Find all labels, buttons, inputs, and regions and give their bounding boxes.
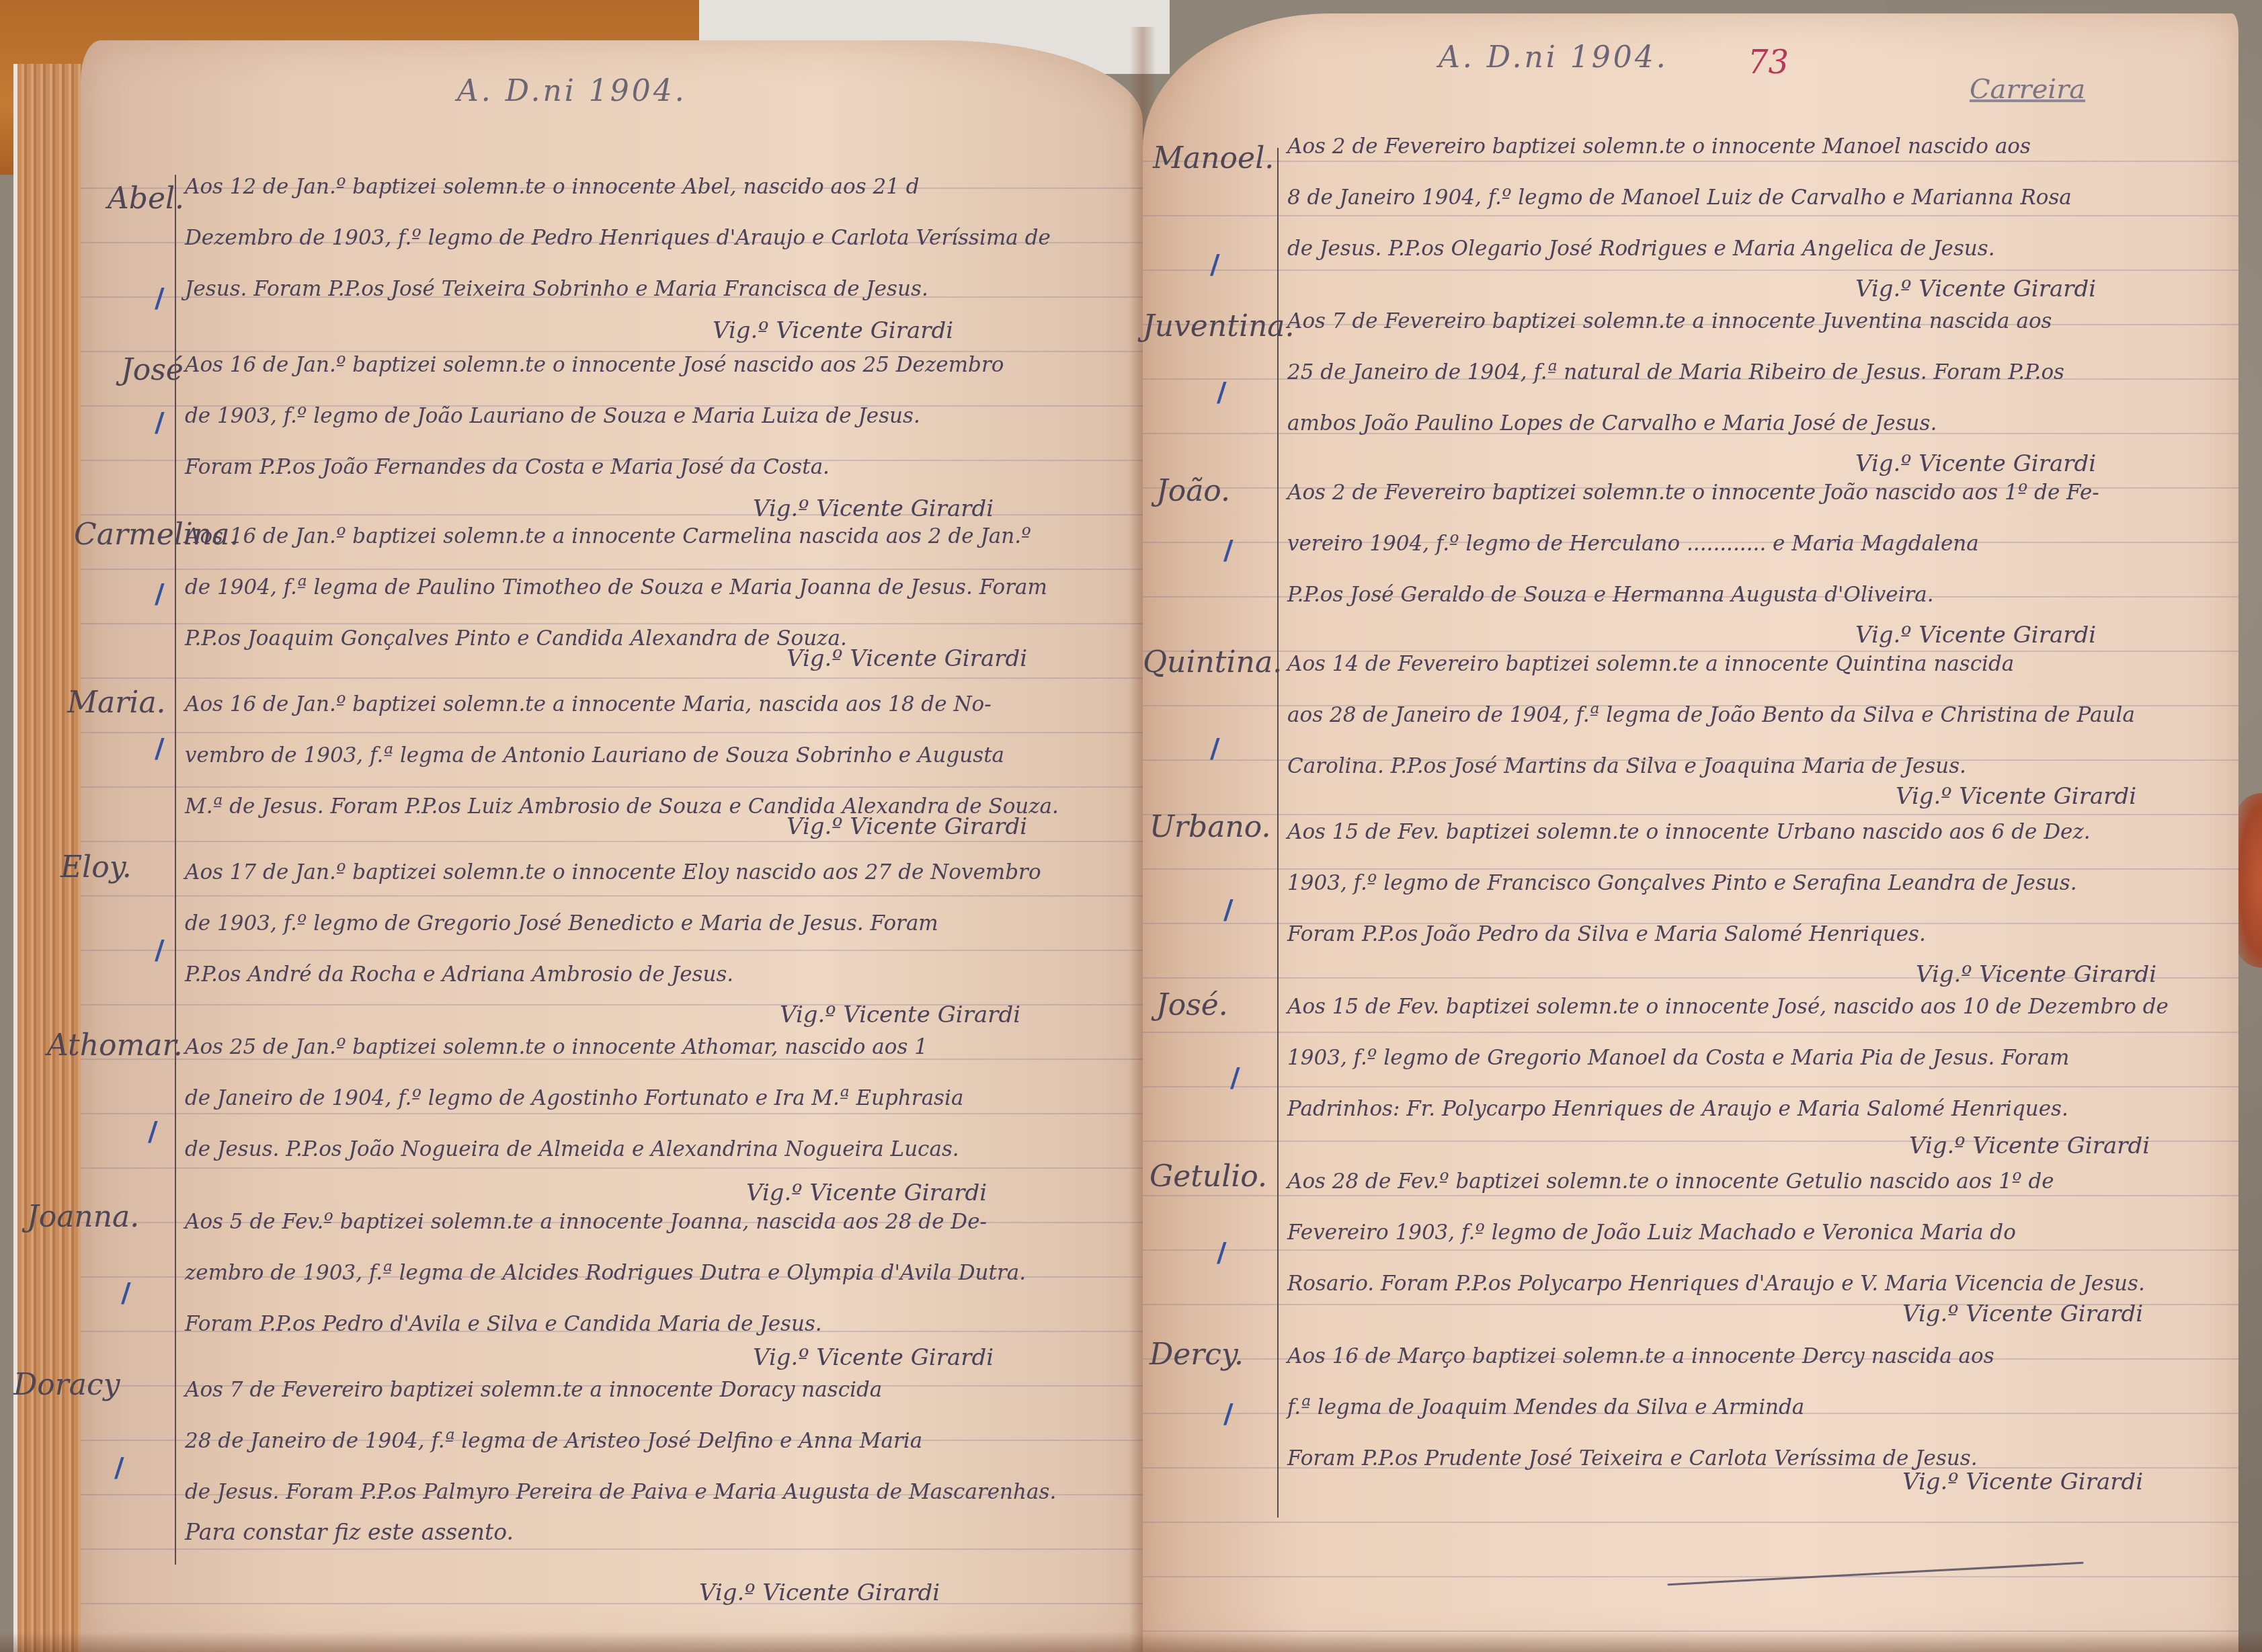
check-mark-icon: /	[121, 1277, 131, 1309]
signature: Vig.º Vicente Girardi	[786, 645, 1027, 672]
signature: Vig.º Vicente Girardi	[1896, 783, 2136, 810]
entry-name: Joanna.	[27, 1200, 139, 1234]
page-header-year: A. D.ni 1904.	[457, 74, 687, 108]
entry-name: José	[121, 353, 184, 387]
entry-text: Aos 2 de Fevereiro baptizei solemn.te o …	[1287, 467, 2228, 620]
entry-name: Maria.	[67, 686, 166, 720]
entry-text: Aos 7 de Fevereiro baptizei solemn.te a …	[185, 1364, 1139, 1518]
entry-text: Aos 7 de Fevereiro baptizei solemn.te a …	[1287, 296, 2228, 449]
check-mark-icon: /	[155, 407, 165, 438]
entry-text: Aos 16 de Jan.º baptizei solemn.te a inn…	[185, 511, 1139, 664]
entry-name: Athomar.	[47, 1028, 183, 1063]
check-mark-icon: /	[148, 1116, 158, 1147]
entry-text: Aos 16 de Jan.º baptizei solemn.te o inn…	[185, 339, 1139, 493]
entry-name: Abel.	[108, 181, 184, 216]
margin-rule	[1277, 148, 1279, 1518]
check-mark-icon: /	[1210, 249, 1220, 280]
check-mark-icon: /	[155, 934, 165, 966]
entry-name: José.	[1156, 988, 1228, 1022]
check-mark-icon: /	[155, 578, 165, 610]
entry-text: Aos 12 de Jan.º baptizei solemn.te o inn…	[185, 161, 1139, 315]
entry-text: Aos 5 de Fev.º baptizei solemn.te a inno…	[185, 1196, 1139, 1350]
entry-text: Aos 2 de Fevereiro baptizei solemn.te o …	[1287, 121, 2228, 274]
bottom-shadow	[0, 1632, 2262, 1652]
closing-signature: Vig.º Vicente Girardi	[699, 1579, 940, 1606]
check-mark-icon: /	[155, 733, 165, 764]
entry-text: Aos 25 de Jan.º baptizei solemn.te o inn…	[185, 1022, 1139, 1175]
entry-name: Eloy.	[60, 850, 132, 884]
entry-name: Urbano.	[1149, 810, 1271, 844]
entry-text: Aos 15 de Fev. baptizei solemn.te o inno…	[1287, 807, 2228, 960]
signature: Vig.º Vicente Girardi	[786, 813, 1027, 840]
right-page: A. D.ni 1904. 73 Carreira Manoel. / Aos …	[1143, 13, 2238, 1652]
page-header-year: A. D.ni 1904.	[1439, 40, 1668, 75]
hand-at-edge	[2235, 793, 2262, 968]
entry-name: Doracy	[13, 1368, 120, 1402]
entry-name: Manoel.	[1153, 141, 1274, 175]
entry-text: Aos 16 de Jan.º baptizei solemn.te a inn…	[185, 679, 1139, 832]
check-mark-icon: /	[1210, 733, 1220, 764]
entry-text: Aos 14 de Fevereiro baptizei solemn.te a…	[1287, 638, 2228, 792]
entry-text: Aos 15 de Fev. baptizei solemn.te o inno…	[1287, 981, 2228, 1134]
entry-text: Aos 17 de Jan.º baptizei solemn.te o inn…	[185, 847, 1139, 1000]
folio-number: 73	[1748, 44, 1789, 81]
check-mark-icon: /	[1223, 534, 1234, 566]
check-mark-icon: /	[1223, 894, 1234, 925]
check-mark-icon: /	[1217, 376, 1227, 408]
entry-text: Aos 16 de Março baptizei solemn.te a inn…	[1287, 1331, 2228, 1484]
signature: Vig.º Vicente Girardi	[1902, 1469, 2143, 1495]
check-mark-icon: /	[155, 282, 165, 314]
signature: Vig.º Vicente Girardi	[1902, 1300, 2143, 1327]
entry-name: Getulio.	[1149, 1159, 1267, 1194]
entry-name: Quintina.	[1143, 645, 1282, 679]
entry-text: Aos 28 de Fev.º baptizei solemn.te o inn…	[1287, 1156, 2228, 1309]
signature: Vig.º Vicente Girardi	[1909, 1132, 2150, 1159]
entry-name: João.	[1156, 474, 1230, 508]
closing-statement: Para constar fiz este assento.	[185, 1519, 514, 1545]
check-mark-icon: /	[1230, 1062, 1240, 1093]
check-mark-icon: /	[114, 1452, 124, 1483]
corner-annotation: Carreira	[1970, 74, 2085, 105]
left-page: A. D.ni 1904. Abel. / Aos 12 de Jan.º ba…	[81, 40, 1143, 1652]
check-mark-icon: /	[1217, 1237, 1227, 1268]
entry-name: Juventina.	[1143, 309, 1295, 343]
entry-name: Dercy.	[1149, 1337, 1244, 1372]
check-mark-icon: /	[1223, 1398, 1234, 1430]
